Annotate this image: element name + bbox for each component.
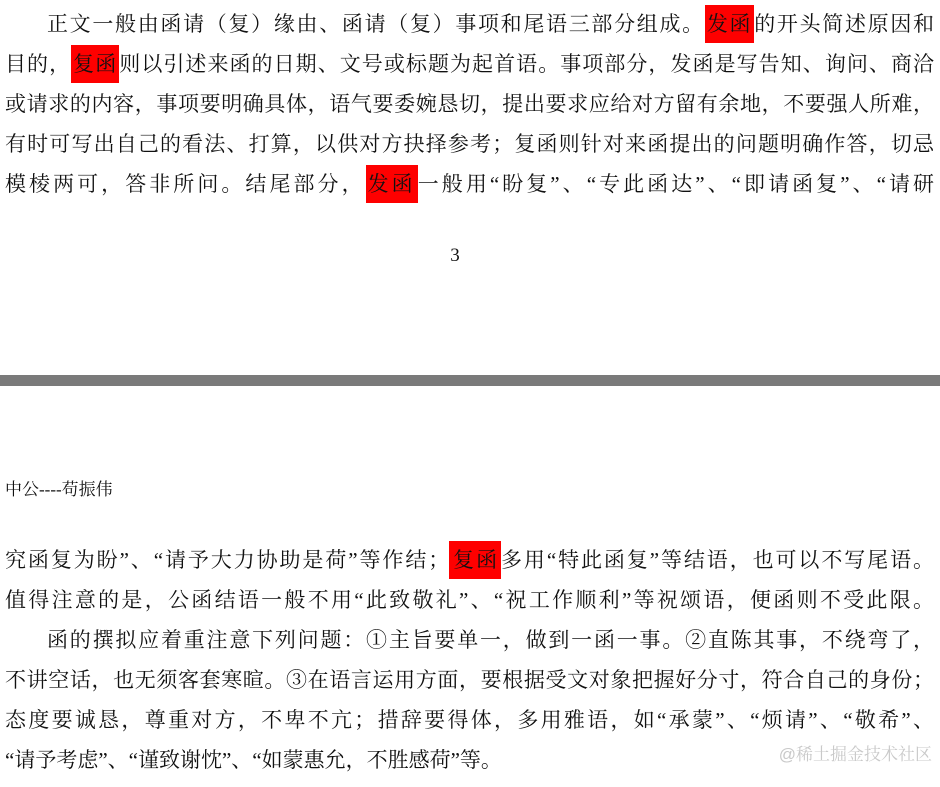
highlighted-term: 发函 (705, 5, 754, 43)
text-segment: 或请求的内容，事项要明确具体，语气要委婉恳切，提出要求应给对方留有余地，不要强人… (5, 92, 934, 116)
text-segment: 目的， (5, 52, 71, 76)
highlighted-term: 复函 (449, 541, 501, 579)
text-segment: 函的撰拟应着重注意下列问题：①主旨要单一，做到一函一事。②直陈其事，不绕弯了， (47, 628, 934, 652)
highlighted-term: 发函 (366, 165, 418, 203)
text-line: 究函复为盼”、“请予大力协助是荷”等作结；复函多用“特此函复”等结语，也可以不写… (5, 540, 934, 580)
highlighted-term: 复函 (71, 45, 119, 83)
watermark: @稀土掘金技术社区 (779, 744, 932, 766)
text-segment: 值得注意的是，公函结语一般不用“此致敬礼”、“祝工作顺利”等祝颂语，便函则不受此… (5, 588, 934, 612)
text-line: 或请求的内容，事项要明确具体，语气要委婉恳切，提出要求应给对方留有余地，不要强人… (5, 84, 934, 124)
document-viewer: 正文一般由函请（复）缘由、函请（复）事项和尾语三部分组成。发函的开头简述原因和目… (0, 0, 940, 787)
text-segment: 一般用“盼复”、“专此函达”、“即请函复”、“请研 (418, 172, 934, 196)
text-segment: “请予考虑”、“谨致谢忱”、“如蒙惠允，不胜感荷”等。 (5, 748, 502, 772)
text-line: 不讲空话，也无须客套寒暄。③在语言运用方面，要根据受文对象把握好分寸，符合自己的… (5, 660, 934, 700)
text-segment: 正文一般由函请（复）缘由、函请（复）事项和尾语三部分组成。 (47, 12, 705, 36)
text-line: 值得注意的是，公函结语一般不用“此致敬礼”、“祝工作顺利”等祝颂语，便函则不受此… (5, 580, 934, 620)
text-line: 目的，复函则以引述来函的日期、文号或标题为起首语。事项部分，发函是写告知、询问、… (5, 44, 934, 84)
text-segment: 的开头简述原因和 (754, 12, 934, 36)
text-segment: 态度要诚恳，尊重对方，不卑不亢；措辞要得体，多用雅语，如“承蒙”、“烦请”、“敬… (5, 708, 934, 732)
text-segment: 究函复为盼”、“请予大力协助是荷”等作结； (5, 548, 449, 572)
author-line: 中公----苟振伟 (5, 479, 113, 501)
text-line: 有时可写出自己的看法、打算，以供对方抉择参考；复函则针对来函提出的问题明确作答，… (5, 124, 934, 164)
text-segment: 不讲空话，也无须客套寒暄。③在语言运用方面，要根据受文对象把握好分寸，符合自己的… (5, 668, 934, 692)
page-1-body: 正文一般由函请（复）缘由、函请（复）事项和尾语三部分组成。发函的开头简述原因和目… (5, 4, 934, 204)
text-line: 正文一般由函请（复）缘由、函请（复）事项和尾语三部分组成。发函的开头简述原因和 (5, 4, 934, 44)
page-break-divider (0, 375, 940, 386)
text-line: 态度要诚恳，尊重对方，不卑不亢；措辞要得体，多用雅语，如“承蒙”、“烦请”、“敬… (5, 700, 934, 740)
text-segment: 有时可写出自己的看法、打算，以供对方抉择参考；复函则针对来函提出的问题明确作答，… (5, 132, 934, 156)
text-line: 函的撰拟应着重注意下列问题：①主旨要单一，做到一函一事。②直陈其事，不绕弯了， (5, 620, 934, 660)
text-line: 模棱两可，答非所问。结尾部分，发函一般用“盼复”、“专此函达”、“即请函复”、“… (5, 164, 934, 204)
page-number: 3 (0, 245, 910, 267)
text-segment: 多用“特此函复”等结语，也可以不写尾语。 (501, 548, 934, 572)
text-segment: 模棱两可，答非所问。结尾部分， (5, 172, 366, 196)
text-segment: 则以引述来函的日期、文号或标题为起首语。事项部分，发函是写告知、询问、商洽 (119, 52, 934, 76)
